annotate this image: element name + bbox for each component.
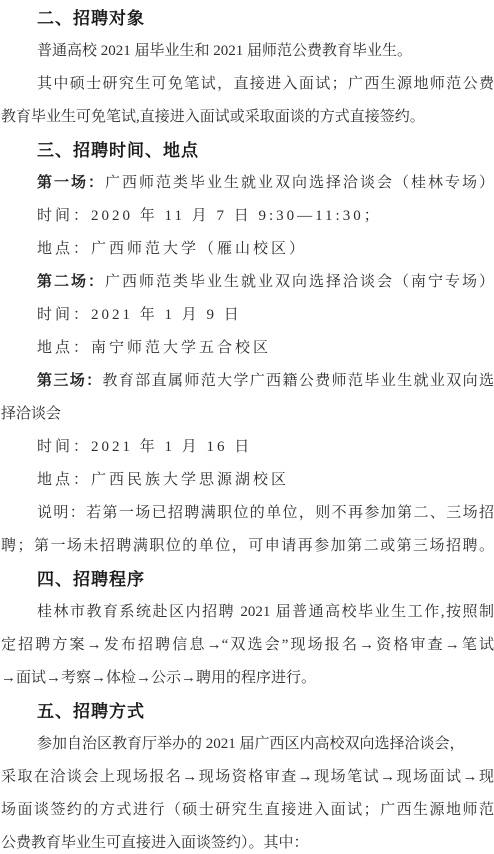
text-line: 说明：若第一场已招聘满职位的单位，则不再参加第二、三场招 [1,497,494,530]
line-text: 普通高校 2021 届毕业生和 2021 届师范公费教育毕业生。 [37,43,412,59]
session-label: 第一场： [37,175,105,191]
line-text: 场面谈签约的方式进行（硕士研究生直接进入面试；广西生源地师范 [1,802,494,818]
line-text: 择洽谈会 [1,406,61,422]
line-text: 广西师范类毕业生就业双向选择洽谈会（南宁专场） [105,274,494,290]
text-line: 桂林市教育系统赴区内招聘 2021 届普通高校毕业生工作,按照制 [1,596,494,629]
section-heading: 四、招聘程序 [1,563,494,596]
session-label: 第二场： [37,274,105,290]
text-line: 择洽谈会 [1,398,494,431]
text-line: 第二场：广西师范类毕业生就业双向选择洽谈会（南宁专场） [1,266,494,299]
line-text: 二、招聘对象 [37,9,145,28]
line-text: 五、招聘方式 [37,702,145,721]
text-line: 其中硕士研究生可免笔试，直接进入面试；广西生源地师范公费 [1,68,494,101]
text-line: 教育毕业生可免笔试,直接进入面试或采取面谈的方式直接签约。 [1,101,494,134]
line-text: 参加自治区教育厅举办的 2021 届广西区内高校双向选择洽谈会， [37,736,465,752]
text-line: 定招聘方案→发布招聘信息→“双选会”现场报名→资格审查→笔试 [1,629,494,662]
line-text: 教育毕业生可免笔试,直接进入面试或采取面谈的方式直接签约。 [1,109,425,125]
line-text: 桂林市教育系统赴区内招聘 2021 届普通高校毕业生工作,按照制 [37,604,494,620]
line-text: 地点：南宁师范大学五合校区 [37,340,271,356]
text-line: 地点：南宁师范大学五合校区 [1,332,494,365]
line-text: 公费教育毕业生可直接进入面谈签约）。其中： [1,835,309,851]
line-text: 聘；第一场未招聘满职位的单位，可申请再参加第二或第三场招聘。 [1,538,494,554]
text-line: 时间：2021 年 1 月 16 日 [1,431,494,464]
section-heading: 三、招聘时间、地点 [1,134,494,167]
document-page: 二、招聘对象普通高校 2021 届毕业生和 2021 届师范公费教育毕业生。其中… [0,0,494,854]
text-line: 聘；第一场未招聘满职位的单位，可申请再参加第二或第三场招聘。 [1,530,494,563]
line-text: 教育部直属师范大学广西籍公费师范毕业生就业双向选 [102,373,494,389]
text-line: 采取在洽谈会上现场报名→现场资格审查→现场笔试→现场面试→现 [1,761,494,794]
line-text: 时间：2021 年 1 月 16 日 [37,439,252,455]
text-line: 参加自治区教育厅举办的 2021 届广西区内高校双向选择洽谈会， [1,728,494,761]
document-body: 二、招聘对象普通高校 2021 届毕业生和 2021 届师范公费教育毕业生。其中… [1,2,494,854]
text-line: 场面谈签约的方式进行（硕士研究生直接进入面试；广西生源地师范 [1,794,494,827]
text-line: 时间：2020 年 11 月 7 日 9:30—11:30； [1,200,494,233]
line-text: 三、招聘时间、地点 [37,141,199,160]
line-text: 时间：2020 年 11 月 7 日 9:30—11:30； [37,208,382,224]
line-text: 广西师范类毕业生就业双向选择洽谈会（桂林专场） [105,175,494,191]
section-heading: 二、招聘对象 [1,2,494,35]
line-text: 采取在洽谈会上现场报名→现场资格审查→现场笔试→现场面试→现 [1,769,494,785]
text-line: →面试→考察→体检→公示→聘用的程序进行。 [1,662,494,695]
text-line: 普通高校 2021 届毕业生和 2021 届师范公费教育毕业生。 [1,35,494,68]
line-text: →面试→考察→体检→公示→聘用的程序进行。 [1,670,316,686]
section-heading: 五、招聘方式 [1,695,494,728]
text-line: 公费教育毕业生可直接进入面谈签约）。其中： [1,827,494,854]
line-text: 定招聘方案→发布招聘信息→“双选会”现场报名→资格审查→笔试 [1,637,494,653]
text-line: 第三场：教育部直属师范大学广西籍公费师范毕业生就业双向选 [1,365,494,398]
line-text: 时间：2021 年 1 月 9 日 [37,307,242,323]
line-text: 四、招聘程序 [37,570,145,589]
text-line: 地点：广西师范大学（雁山校区） [1,233,494,266]
text-line: 第一场：广西师范类毕业生就业双向选择洽谈会（桂林专场） [1,167,494,200]
line-text: 说明：若第一场已招聘满职位的单位，则不再参加第二、三场招 [37,505,494,521]
session-label: 第三场： [37,373,102,389]
line-text: 地点：广西师范大学（雁山校区） [37,241,307,257]
line-text: 其中硕士研究生可免笔试，直接进入面试；广西生源地师范公费 [37,76,494,92]
line-text: 地点：广西民族大学思源湖校区 [37,472,289,488]
text-line: 时间：2021 年 1 月 9 日 [1,299,494,332]
text-line: 地点：广西民族大学思源湖校区 [1,464,494,497]
